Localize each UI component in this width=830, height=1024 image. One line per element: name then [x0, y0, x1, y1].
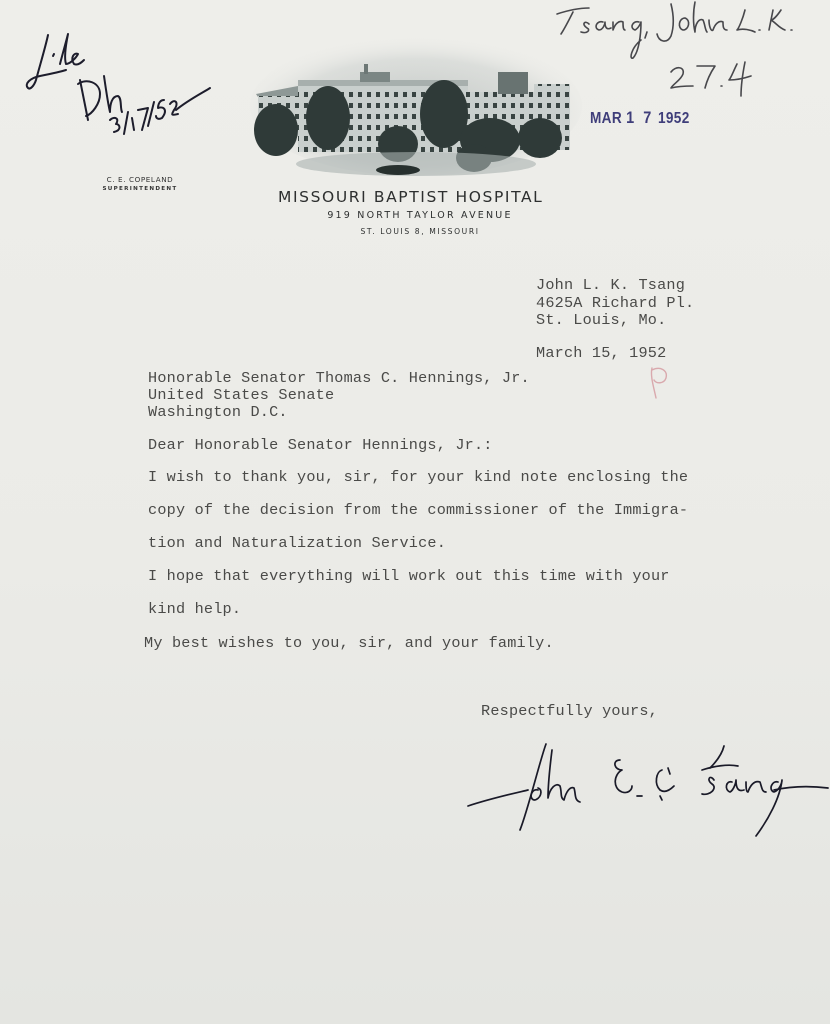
closing: Respectfully yours,: [481, 702, 658, 720]
superintendent-name: C. E. COPELAND: [90, 175, 190, 184]
handwritten-signature: [462, 730, 830, 840]
sender-name: John L. K. Tsang: [536, 276, 685, 294]
stamp-year: 1952: [658, 110, 690, 127]
body-line: I hope that everything will work out thi…: [148, 567, 670, 585]
hospital-city: ST. LOUIS 8, MISSOURI: [270, 227, 570, 236]
hospital-building-illustration: [248, 34, 584, 179]
received-date-stamp: MAR 1 7 1952: [590, 108, 690, 128]
salutation: Dear Honorable Senator Hennings, Jr.:: [148, 436, 493, 454]
stamp-day: 1 7: [626, 108, 654, 127]
superintendent-title: SUPERINTENDENT: [90, 186, 190, 192]
body-line: copy of the decision from the commission…: [148, 501, 688, 519]
stamp-month: MAR: [590, 110, 622, 127]
body-line: kind help.: [148, 600, 241, 618]
hospital-address: 919 NORTH TAYLOR AVENUE: [270, 210, 570, 221]
letter-date: March 15, 1952: [536, 344, 666, 362]
letter-page: MAR 1 7 1952 C. E. COPELAND SUPERINTENDE…: [0, 0, 830, 1024]
sender-street: 4625A Richard Pl.: [536, 294, 694, 312]
body-line: I wish to thank you, sir, for your kind …: [148, 468, 688, 486]
recipient-line-1: Honorable Senator Thomas C. Hennings, Jr…: [148, 369, 530, 387]
body-line: My best wishes to you, sir, and your fam…: [144, 634, 554, 652]
handwritten-name-note: [545, 0, 830, 100]
hospital-name: MISSOURI BAPTIST HOSPITAL: [278, 188, 543, 206]
handwritten-file-note: [8, 20, 218, 140]
body-line: tion and Naturalization Service.: [148, 534, 446, 552]
recipient-line-2: United States Senate: [148, 386, 334, 404]
recipient-line-3: Washington D.C.: [148, 403, 288, 421]
sender-city: St. Louis, Mo.: [536, 311, 666, 329]
red-pencil-mark: [640, 362, 680, 402]
